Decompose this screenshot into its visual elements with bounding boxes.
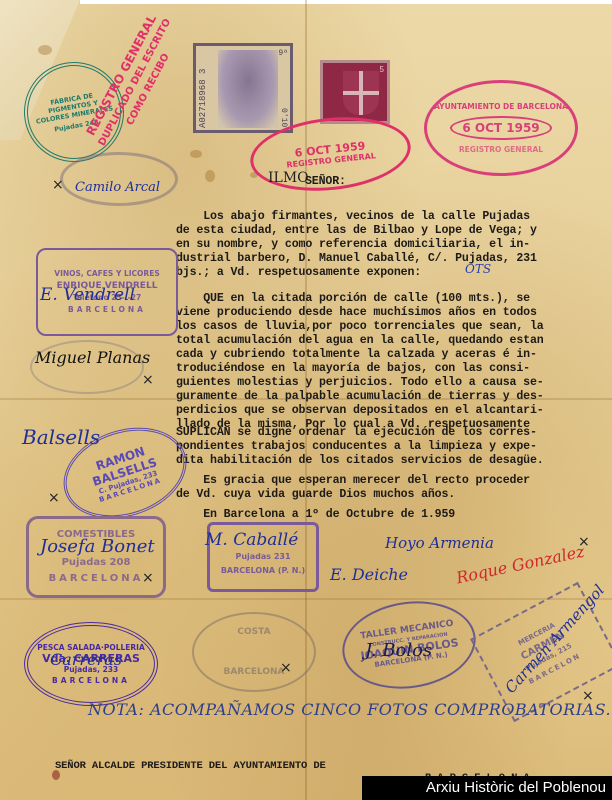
- scanned-document: A02718968 3 9ª 0'10 5 FÁBRICA DE PIGMENT…: [0, 0, 612, 800]
- signature: Balsells: [22, 425, 100, 449]
- x-mark: ×: [142, 372, 154, 388]
- body-line: SUPLICAN se digne ordenar la ejecución d…: [176, 426, 537, 440]
- signature: E. Deiche: [330, 565, 408, 584]
- date-line: En Barcelona a 1º de Octubre de 1.959: [176, 508, 455, 522]
- stamp-text: VINOS, CAFES Y LICORES: [54, 268, 159, 280]
- body-line: total acumulación del agua en la calle, …: [176, 334, 544, 348]
- body-line: QUE en la citada porción de calle (100 m…: [176, 292, 530, 306]
- x-mark: ×: [48, 490, 60, 506]
- stamp-serial: A02718968 3: [198, 52, 212, 128]
- archive-watermark: Arxiu Històric del Poblenou: [362, 776, 612, 800]
- body-line: viene produciendo desde hace muchísimos …: [176, 306, 537, 320]
- stamp-text: BARCELONA: [49, 571, 144, 587]
- stamp-value: 9ª: [278, 49, 288, 58]
- salutation: SEÑOR:: [305, 175, 346, 189]
- stamp-text: BARCELONA: [68, 304, 146, 316]
- stamp-date: 6 OCT 1959: [450, 116, 551, 140]
- stamp-text: COSTA: [237, 612, 270, 652]
- margin-note: OTS: [465, 262, 491, 276]
- revenue-stamp: A02718968 3 9ª 0'10: [193, 43, 293, 133]
- stamp-text: BARCELONA: [223, 652, 284, 692]
- signature: J. Bolos: [365, 640, 432, 661]
- handwritten-note: NOTA: ACOMPAÑAMOS CINCO FOTOS COMPROBATO…: [88, 700, 611, 719]
- stamp-text: Pujadas 231: [235, 550, 290, 564]
- body-line: guramente de la palpable acumulación de …: [176, 390, 544, 404]
- stamp-text: REGISTRO GENERAL: [459, 145, 543, 154]
- addressee-line: SEÑOR ALCALDE PRESIDENTE DEL AYUNTAMIENT…: [55, 760, 326, 774]
- x-mark: ×: [578, 534, 590, 550]
- body-line: Es gracia que esperan merecer del recto …: [176, 474, 530, 488]
- stamp-text: Pujadas 208: [62, 555, 131, 571]
- city-tax-stamp: 5: [320, 60, 390, 124]
- x-mark: ×: [142, 570, 154, 586]
- ayuntamiento-oval-stamp: AYUNTAMIENTO DE BARCELONA 6 OCT 1959 REG…: [424, 80, 578, 176]
- stain: [205, 170, 215, 182]
- signature: M. Caballé: [205, 530, 298, 550]
- body-line: troduciéndose en la mayoría de bajos, co…: [176, 362, 530, 376]
- stain: [190, 150, 202, 158]
- body-line: bjs.; a Vd. respetuosamente exponen:: [176, 266, 421, 280]
- body-line: pondientes trabajos conducentes a la lim…: [176, 440, 537, 454]
- page-edge: [80, 0, 612, 4]
- signature: Hoyo Armenia: [385, 534, 494, 552]
- fold-line-horizontal: [0, 598, 612, 600]
- body-line: cada y cubriendo totalmente la calzada y…: [176, 348, 537, 362]
- stamp-text: AYUNTAMIENTO DE BARCELONA: [434, 102, 568, 111]
- signature: E. Vendrell: [40, 285, 135, 305]
- barcelona-shield-icon: [343, 71, 379, 115]
- signature: Josefa Bonet: [40, 536, 155, 557]
- stamp-value: 5: [380, 65, 384, 74]
- signature: Miguel Planas: [35, 348, 150, 367]
- stamp-figure-icon: [218, 50, 278, 128]
- body-line: perdicios que se observan depositados en…: [176, 404, 544, 418]
- body-line: de Vd. cuya vida guarde Dios muchos años…: [176, 488, 455, 502]
- body-line: en su nombre, y como referencia domicili…: [176, 238, 530, 252]
- x-mark: ×: [52, 177, 64, 193]
- body-line: guientes molestias y perjuicios. Todo el…: [176, 376, 544, 390]
- costa-stamp: COSTA BARCELONA: [192, 612, 316, 692]
- stamp-text: BARCELONA: [52, 675, 130, 686]
- stain: [38, 45, 52, 55]
- stamp-value: 0'10: [279, 108, 288, 127]
- signature: Carreras: [50, 650, 122, 669]
- body-line: los casos de lluvia,por poco torrenciale…: [176, 320, 544, 334]
- body-line: dita habilitación de los citados servici…: [176, 454, 544, 468]
- stamp-text: BARCELONA (P. N.): [221, 564, 305, 578]
- x-mark: ×: [280, 660, 292, 676]
- faint-oval-stamp: [60, 152, 178, 206]
- body-line: de esta ciudad, entre las de Bilbao y Lo…: [176, 224, 537, 238]
- signature: Camilo Arcal: [75, 180, 160, 195]
- body-line: Los abajo firmantes, vecinos de la calle…: [176, 210, 530, 224]
- salutation-handwritten: ILMO: [268, 170, 309, 186]
